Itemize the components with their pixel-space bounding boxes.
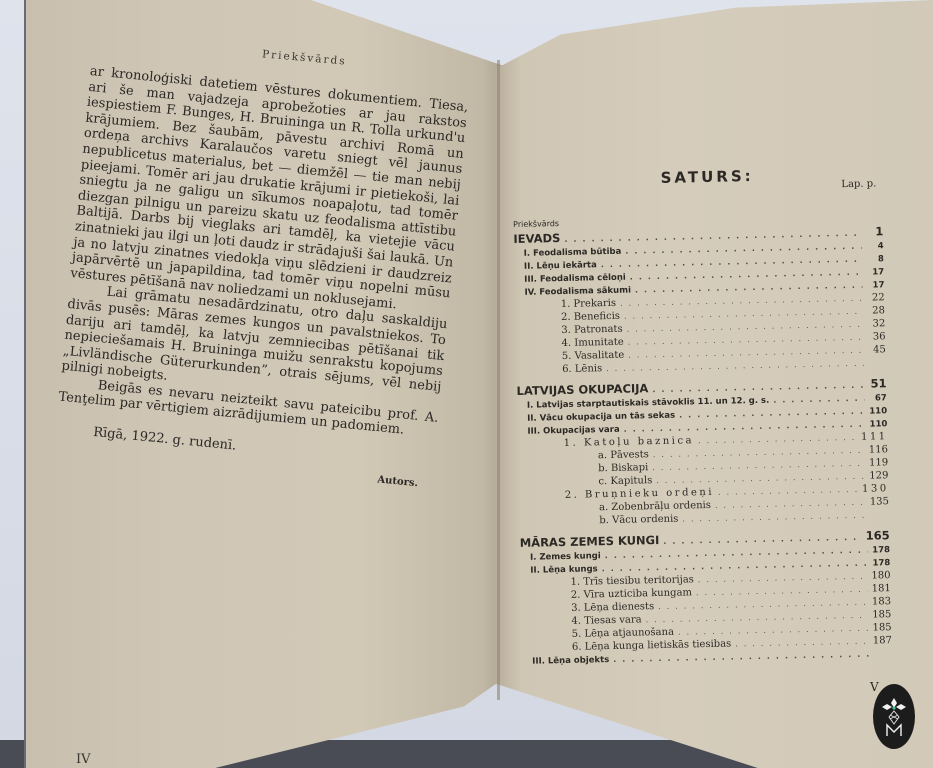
toc-entry-page: 111 <box>857 430 888 444</box>
toc-entry-label: 2. Beneficis <box>561 310 624 324</box>
toc-entry-page: 135 <box>866 495 889 508</box>
book-gutter <box>497 60 500 700</box>
toc-entry-page: 32 <box>863 317 885 330</box>
page-column-header: Lap. p. <box>841 178 876 190</box>
toc-entry-page: 110 <box>865 405 887 418</box>
folk-ornament-logo-icon <box>873 684 915 749</box>
toc-entry-label: b. Biskapi <box>598 461 652 475</box>
page-number-right: V <box>870 680 879 694</box>
toc-entry-label: c. Kapituls <box>598 474 656 488</box>
toc-entries: IEVADS..................................… <box>513 223 892 668</box>
toc-entry-label: 6. Lēnis <box>562 362 606 376</box>
toc-entry-label: LATVIJAS OKUPACIJA <box>516 380 652 399</box>
table-of-contents: SATURS: Lap. p. Priekšvārds IEVADS......… <box>512 164 892 668</box>
toc-entry-page: 180 <box>867 569 890 582</box>
toc-entry-page: 1 <box>861 223 883 239</box>
toc-entry-page: 28 <box>863 304 885 317</box>
page-number-left: IV <box>76 752 91 767</box>
toc-entry-page: 22 <box>863 291 885 304</box>
toc-entry-page: 17 <box>862 266 884 279</box>
toc-entry-page: 185 <box>868 621 891 634</box>
toc-entry-page: 36 <box>863 330 885 343</box>
toc-entry-label: III. Lēņa objekts <box>532 654 613 669</box>
toc-entry-label: IEVADS <box>513 230 564 247</box>
toc-entry-page: 165 <box>862 527 890 544</box>
toc-entry-label: b. Vācu ordenis <box>599 513 682 528</box>
toc-entry-page: 45 <box>864 343 886 356</box>
toc-entry-label: a. Pāvests <box>598 448 653 462</box>
toc-entry-page: 130 <box>858 482 889 496</box>
toc-entry-page: 187 <box>869 634 892 647</box>
toc-entry-page: 178 <box>868 544 890 557</box>
preface-text: ar kronoloģiski datetiem vēstures dokume… <box>53 50 470 493</box>
toc-entry-page: 4 <box>862 240 884 253</box>
toc-entry-page: 67 <box>865 392 887 405</box>
preface-paragraph: ar kronoloģiski datetiem vēstures dokume… <box>70 64 469 318</box>
toc-entry-page: 185 <box>868 608 891 621</box>
toc-entry-page: 183 <box>868 595 891 608</box>
toc-entry-page: 51 <box>864 375 886 391</box>
toc-entry-page: 181 <box>868 582 891 595</box>
toc-entry-page: 119 <box>865 456 888 469</box>
toc-entry-page: 8 <box>862 253 884 266</box>
toc-entry-label: 1. Prekaris <box>561 297 621 311</box>
toc-entry-page: 116 <box>865 443 888 456</box>
toc-entry-page: 129 <box>865 469 888 482</box>
leader-dots: ........................................… <box>682 509 867 526</box>
